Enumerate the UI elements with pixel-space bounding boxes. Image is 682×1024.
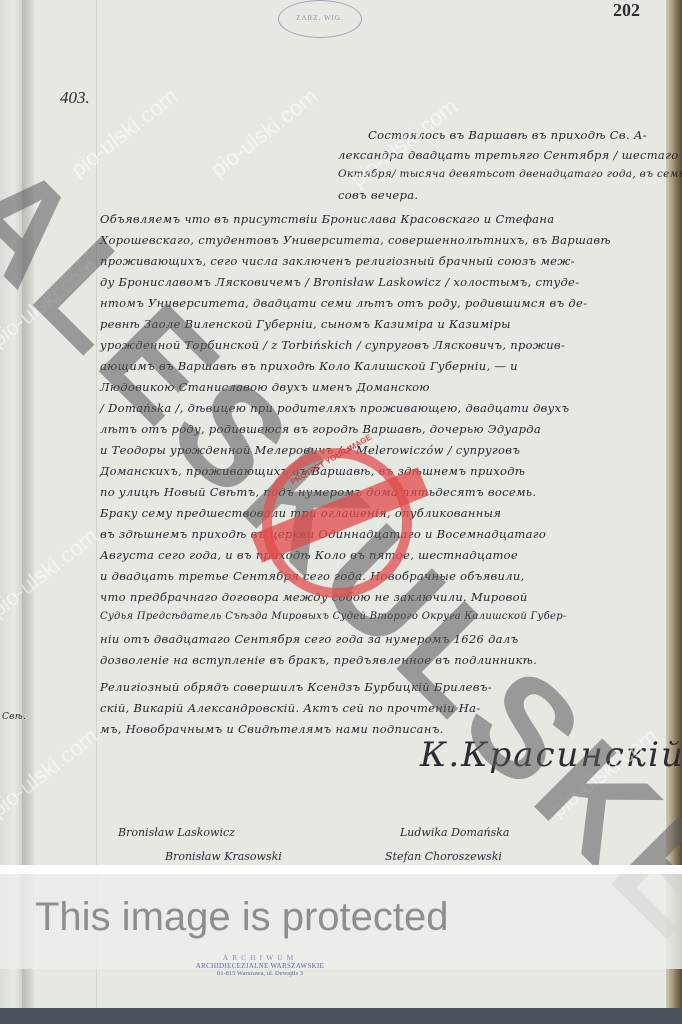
archive-stamp: ARCHIWUM ARCHIDIECEZJALNE WARSZAWSKIE 01… [190, 953, 330, 977]
archive-stamp-line: ARCHIWUM [190, 953, 330, 962]
witness-signature: Bronisław Krasowski [165, 850, 282, 863]
body-line: Объявляемъ что въ присутствіи Брониславa… [100, 212, 554, 226]
entry-number: 403. [60, 88, 90, 108]
book-bottom-edge [0, 1008, 682, 1024]
protect-banner-text: This image is protected [35, 895, 449, 940]
body-line: Хорошевскаго, студентовъ Университета, с… [100, 233, 611, 247]
body-line: мъ, Новобрачнымъ и Свидѣтелямъ нами подп… [100, 722, 444, 736]
archive-stamp-line: ARCHIDIECEZJALNE WARSZAWSKIE [190, 962, 330, 970]
header-oval-stamp: ZARZ. WIG. [278, 0, 362, 38]
site-watermark: pio-ulski.com [206, 83, 323, 183]
witness-signature: Stefan Choroszewski [385, 850, 502, 863]
archive-stamp-line: 01-815 Warszawa, ul. Dewajtis 3 [190, 970, 330, 977]
margin-note: Свѣ. [2, 712, 26, 722]
page-number: 202 [613, 0, 640, 21]
document-page: ZARZ. WIG. 202 403. Состоялось въ Варшав… [0, 0, 682, 1010]
witness-signature: Bronisław Laskowicz [118, 826, 235, 839]
witness-signature: Ludwika Domańska [400, 826, 509, 839]
header-line: совъ вечера. [338, 188, 418, 202]
